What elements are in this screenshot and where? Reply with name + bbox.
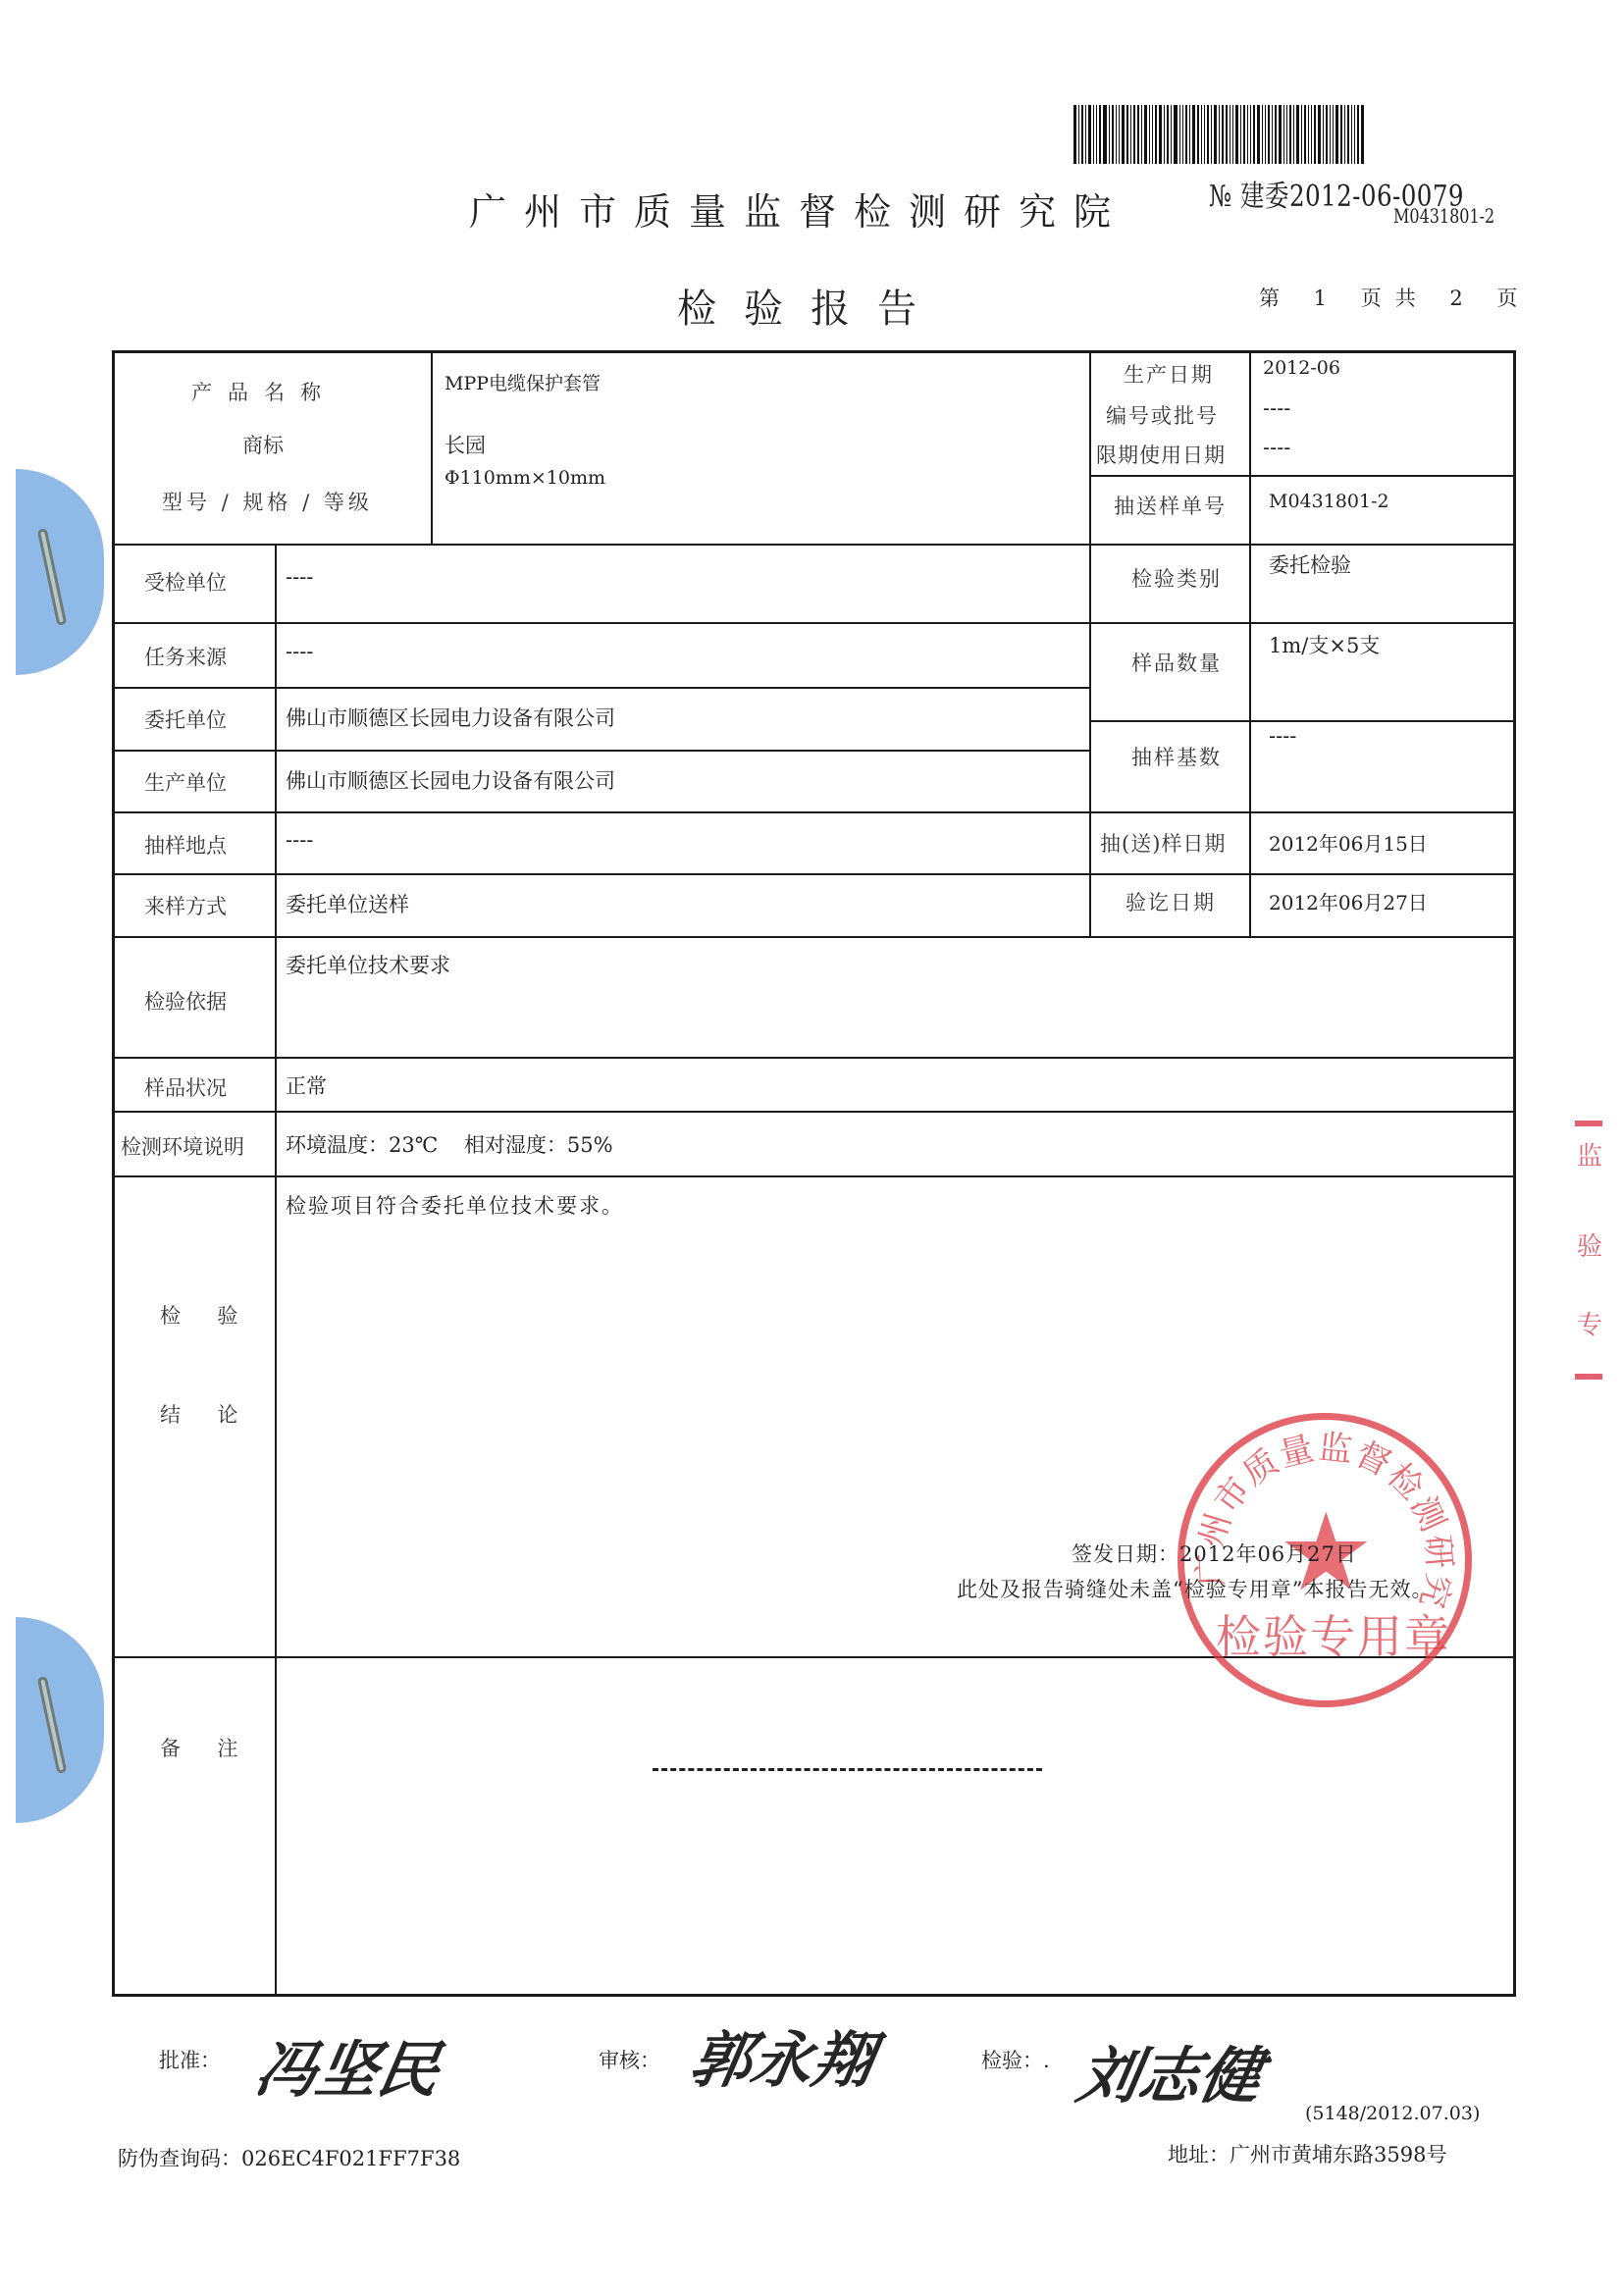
product-name: MPP电缆保护套管: [445, 369, 601, 395]
label-production-date: 生产日期: [1124, 359, 1214, 389]
binding-clip-icon: [16, 469, 104, 675]
label-sample-condition: 样品状况: [144, 1072, 227, 1102]
manufacturer: 佛山市顺德区长园电力设备有限公司: [286, 765, 615, 795]
inspection-basis: 委托单位技术要求: [286, 950, 450, 979]
inspector-signature: 刘志健: [1072, 2027, 1270, 2114]
label-client: 委托单位: [144, 704, 227, 734]
validity-note: 此处及报告骑缝处未盖“检验专用章”本报告无效。: [957, 1574, 1433, 1603]
conclusion-text: 检验项目符合委托单位技术要求。: [286, 1190, 624, 1220]
review-label: 审核：: [599, 2045, 660, 2074]
page-info: 第 1 页共 2 页: [1259, 283, 1531, 312]
product-model: Φ110mm×10mm: [445, 467, 605, 489]
label-conclusion-line2: 结 论: [160, 1399, 245, 1429]
label-order-no: 抽送样单号: [1114, 491, 1227, 520]
task-source: ----: [286, 640, 313, 663]
label-sampling-site: 抽样地点: [144, 830, 227, 860]
seal-center-text: 检验专用章: [1216, 1601, 1451, 1666]
completion-date: 2012年06月27日: [1269, 887, 1428, 915]
inspect-label: 检验：.: [981, 2045, 1050, 2074]
print-code: (5148/2012.07.03): [1305, 2103, 1480, 2124]
label-batch: 编号或批号: [1106, 400, 1219, 430]
label-sample-method: 来样方式: [144, 891, 227, 920]
label-completion-date: 验讫日期: [1126, 887, 1216, 916]
document-title: 检验报告: [677, 278, 944, 334]
label-sampling-base: 抽样基数: [1131, 742, 1222, 771]
sample-quantity: 1m/支×5支: [1269, 630, 1380, 659]
label-conclusion-line1: 检 验: [160, 1300, 245, 1330]
label-sample-quantity: 样品数量: [1131, 648, 1222, 677]
label-task-source: 任务来源: [144, 642, 227, 671]
issue-date: 签发日期：2012年06月27日: [1072, 1539, 1357, 1568]
batch-number: ----: [1263, 396, 1290, 420]
reviewer-signature: 郭永翔: [684, 2011, 882, 2099]
label-model: 型号 / 规格 / 等级: [162, 487, 373, 516]
address: 地址：广州市黄埔东路3598号: [1168, 2139, 1446, 2168]
label-basis: 检验依据: [144, 986, 227, 1016]
sample-code: M0431801-2: [1393, 204, 1494, 228]
sampling-date: 2012年06月15日: [1269, 828, 1428, 857]
product-brand: 长园: [445, 430, 486, 459]
sample-condition: 正常: [286, 1070, 327, 1100]
label-product-name: 产品名称: [191, 377, 337, 406]
barcode: [1073, 105, 1509, 164]
label-expiry: 限期使用日期: [1096, 440, 1226, 469]
sampling-base: ----: [1269, 724, 1296, 748]
approve-label: 批准：: [159, 2045, 221, 2074]
sample-method: 委托单位送样: [286, 889, 409, 918]
label-manufacturer: 生产单位: [144, 767, 227, 797]
seam-stamp-fragment: 监 验 专: [1575, 1079, 1602, 1374]
institute-name: 广州市质量监督检测研究院: [469, 182, 1128, 235]
label-sampling-date: 抽(送)样日期: [1100, 828, 1226, 858]
label-brand: 商标: [242, 430, 284, 459]
label-inspection-type: 检验类别: [1131, 563, 1222, 593]
sampling-site: ----: [286, 828, 313, 852]
client-unit: 佛山市顺德区长园电力设备有限公司: [286, 703, 615, 732]
test-environment: 环境温度：23℃ 相对湿度：55%: [286, 1129, 613, 1159]
label-remarks: 备 注: [160, 1733, 245, 1762]
label-inspected-unit: 受检单位: [144, 567, 227, 597]
approver-signature: 冯坚民: [249, 2021, 447, 2109]
order-number: M0431801-2: [1269, 491, 1389, 512]
expiry-date: ----: [1263, 436, 1290, 459]
inspected-unit: ----: [286, 565, 313, 589]
label-environment: 检测环境说明: [121, 1131, 244, 1161]
production-date: 2012-06: [1263, 357, 1340, 379]
binding-clip-icon: [16, 1617, 104, 1823]
remarks-dash-line: [653, 1768, 1042, 1771]
anti-counterfeit-code: 防伪查询码：026EC4F021FF7F38: [118, 2143, 460, 2172]
inspection-type: 委托检验: [1269, 549, 1351, 579]
report-table: 产品名称 商标 型号 / 规格 / 等级 MPP电缆保护套管 长园 Φ110mm…: [112, 350, 1516, 1997]
